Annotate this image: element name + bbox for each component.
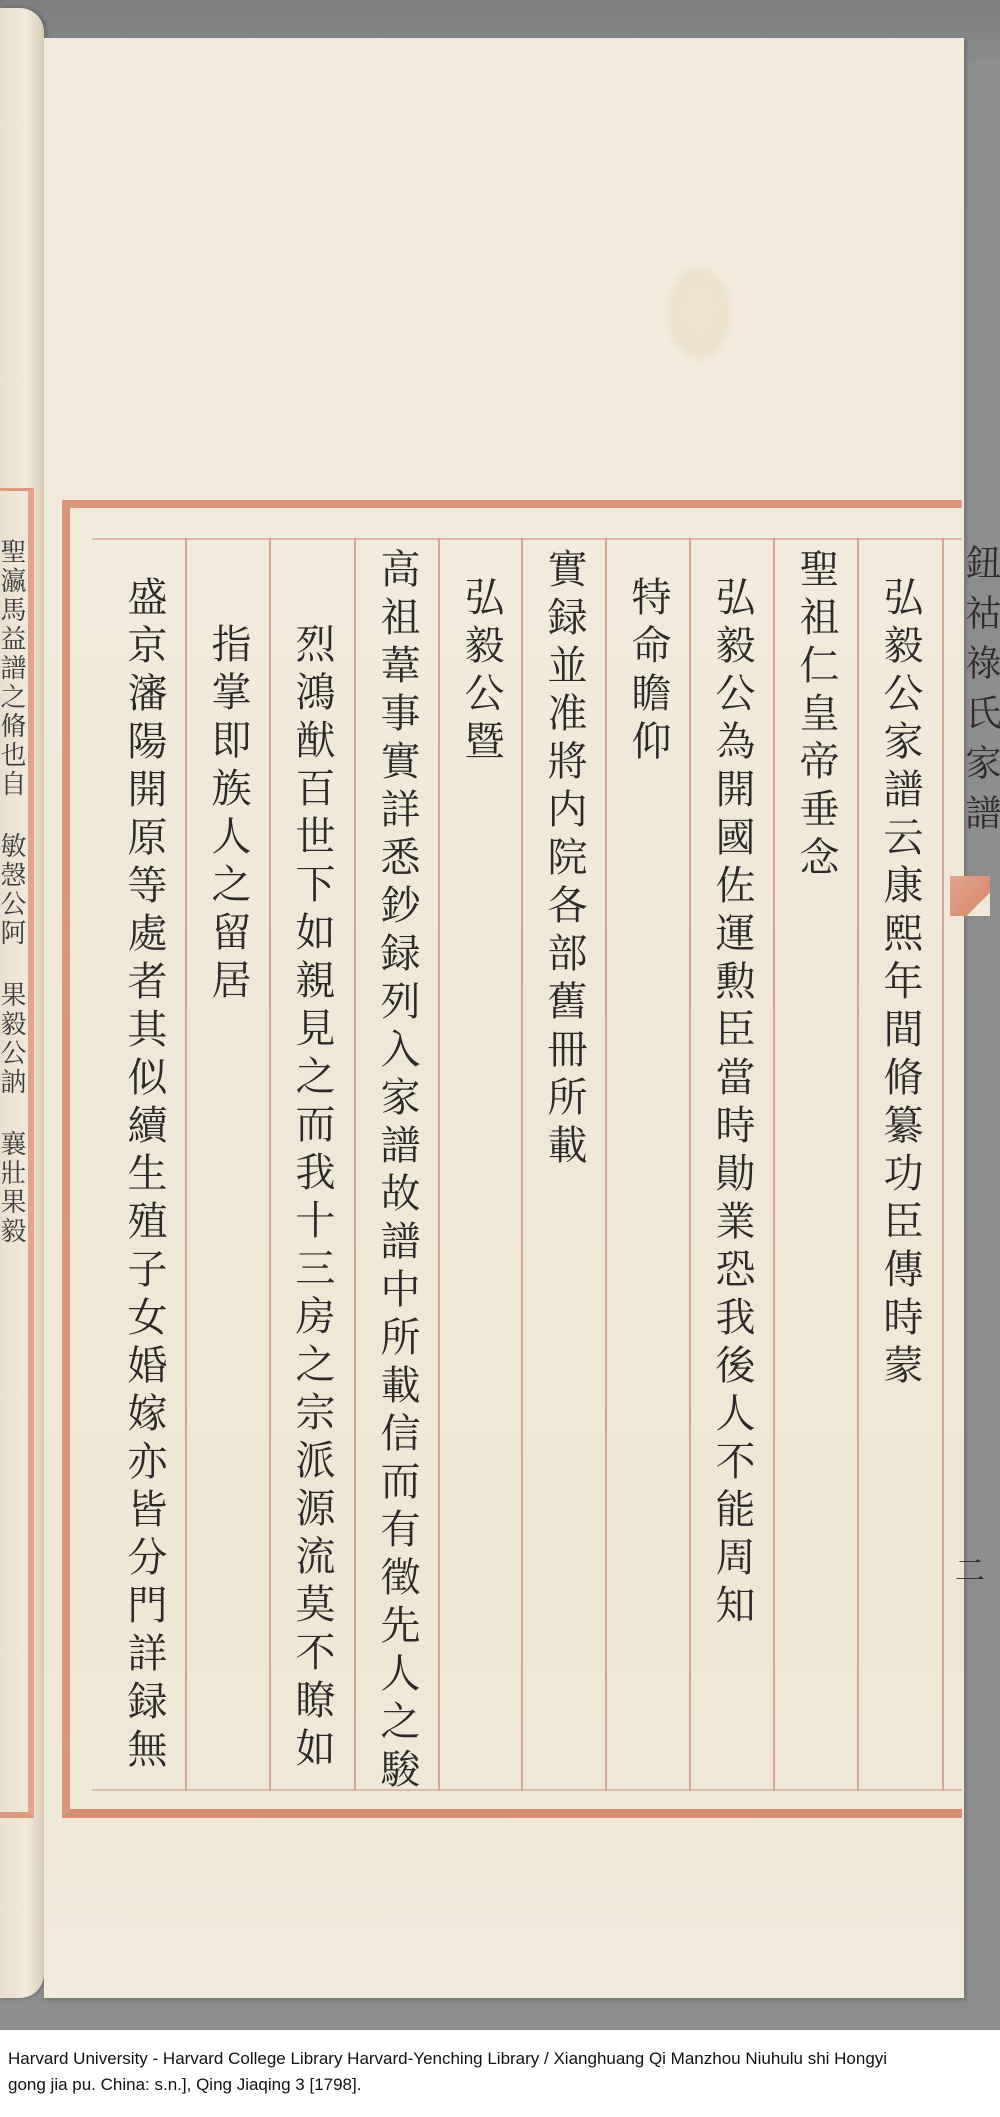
text-column-8: 烈鴻猷百世下如親見之而我十三房之宗派源流莫不瞭如 xyxy=(270,623,354,1775)
text-column-9: 指掌即族人之留居 xyxy=(186,623,270,1007)
text-column-4: 特命瞻仰 xyxy=(606,576,690,768)
image-caption: Harvard University - Harvard College Lib… xyxy=(8,2046,992,2098)
text-column-1: 弘毅公家譜云康熙年間脩纂功臣傳時蒙 xyxy=(858,576,942,1392)
text-column-10: 盛京瀋陽開原等處者其似續生殖子女婚嫁亦皆分門詳録無 xyxy=(102,576,186,1776)
text-column-3: 弘毅公為開國佐運勲臣當時勛業恐我後人不能周知 xyxy=(690,576,774,1632)
book-page: 弘毅公家譜云康熙年間脩纂功臣傳時蒙 聖祖仁皇帝垂念 弘毅公為開國佐運勲臣當時勛業… xyxy=(44,38,964,1998)
previous-page-text: 聖瀛馬益譜之脩也自 敏愨公阿 果毅公訥 襄壯果毅 xyxy=(2,538,28,1246)
column-divider xyxy=(942,538,944,1791)
caption-line-1: Harvard University - Harvard College Lib… xyxy=(8,2046,992,2072)
fish-tail-mark xyxy=(950,876,990,916)
caption-line-2: gong jia pu. China: s.n.], Qing Jiaqing … xyxy=(8,2072,992,2098)
text-column-6: 弘毅公暨 xyxy=(439,576,523,768)
text-column-2: 聖祖仁皇帝垂念 xyxy=(774,548,858,884)
paper-stain xyxy=(664,263,734,363)
page-number: 二 xyxy=(955,1546,990,1590)
printed-frame: 弘毅公家譜云康熙年間脩纂功臣傳時蒙 聖祖仁皇帝垂念 弘毅公為開國佐運勲臣當時勛業… xyxy=(62,500,962,1818)
text-column-7: 高祖葦事實詳悉鈔録列入家譜故譜中所載信而有徵先人之駿 xyxy=(355,548,439,1796)
text-column-5: 實録並准將内院各部舊冊所載 xyxy=(522,548,606,1172)
book-scan-image: 聖瀛馬益譜之脩也自 敏愨公阿 果毅公訥 襄壯果毅 弘毅公家譜云康熙年間脩纂功臣傳… xyxy=(0,0,1000,2030)
running-head: 鈕祜祿氏家譜 xyxy=(960,544,1000,844)
previous-page-edge: 聖瀛馬益譜之脩也自 敏愨公阿 果毅公訥 襄壯果毅 xyxy=(0,8,44,1998)
